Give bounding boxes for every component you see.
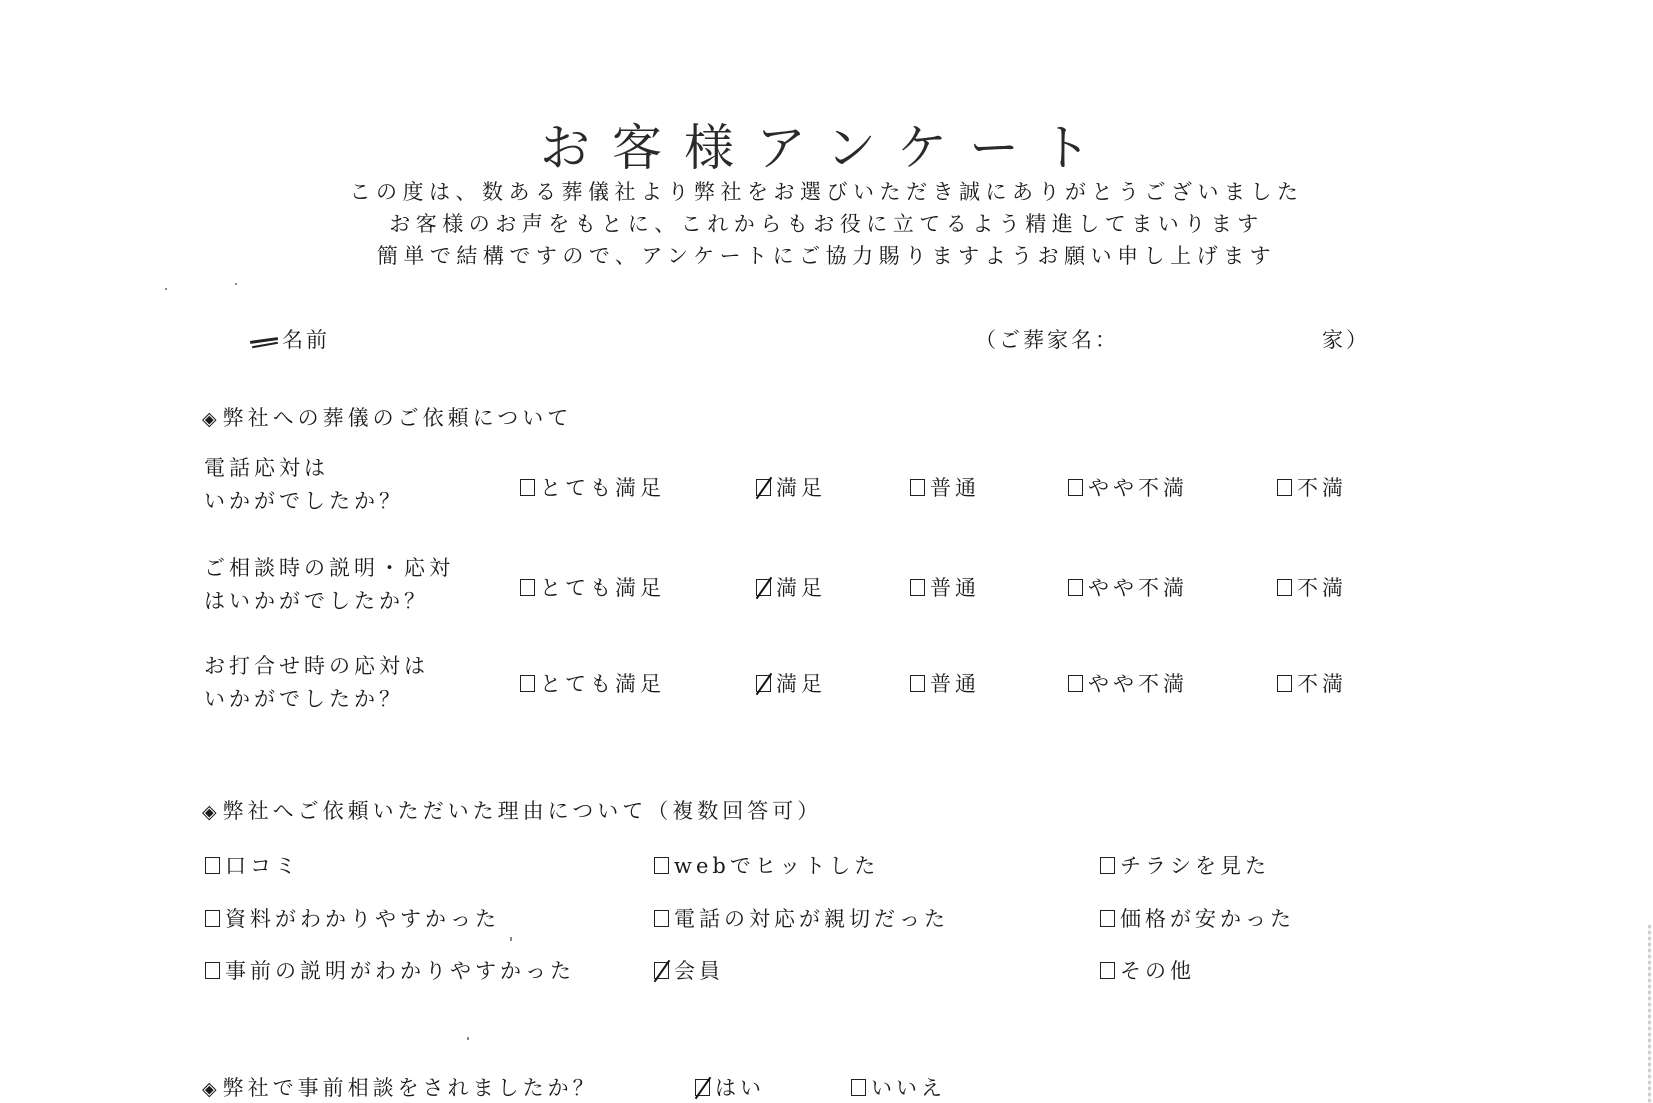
q3-option-very-satisfied[interactable]: とても満足 xyxy=(520,668,665,698)
reason-kind-phone-response[interactable]: 電話の対応が親切だった xyxy=(654,903,949,933)
family-name-label: （ご葬家名： xyxy=(975,324,1119,354)
reason-member[interactable]: 会員 xyxy=(654,955,724,985)
intro-line-1: この度は、数ある葬儀社より弊社をお選びいただき誠にありがとうございました xyxy=(0,176,1653,206)
option-label: 普通 xyxy=(930,572,980,602)
reason-clear-prior-explanation[interactable]: 事前の説明がわかりやすかった xyxy=(205,955,575,985)
checkbox-icon[interactable] xyxy=(1068,675,1083,692)
checkbox-icon[interactable] xyxy=(205,910,220,927)
q1-option-somewhat-dissatisfied[interactable]: やや不満 xyxy=(1068,472,1188,502)
section-heading-prior-consultation: ◈弊社で事前相談をされましたか？ xyxy=(202,1072,598,1102)
option-label: とても満足 xyxy=(540,572,665,602)
option-label: やや不満 xyxy=(1088,572,1188,602)
checkbox-icon[interactable] xyxy=(1100,910,1115,927)
option-label: やや不満 xyxy=(1088,668,1188,698)
q1-option-neutral[interactable]: 普通 xyxy=(910,472,980,502)
checkbox-icon[interactable] xyxy=(1277,579,1292,596)
checkbox-icon[interactable] xyxy=(205,857,220,874)
option-label: やや不満 xyxy=(1088,472,1188,502)
section-heading-text: 弊社で事前相談をされましたか？ xyxy=(223,1076,598,1100)
family-name-suffix: 家） xyxy=(1322,324,1370,354)
q3-option-neutral[interactable]: 普通 xyxy=(910,668,980,698)
prior-consultation-yes[interactable]: はい xyxy=(695,1072,765,1102)
q2-option-dissatisfied[interactable]: 不満 xyxy=(1277,572,1347,602)
checkbox-icon[interactable] xyxy=(851,1079,866,1096)
option-label: 普通 xyxy=(930,472,980,502)
reason-other[interactable]: その他 xyxy=(1100,955,1195,985)
name-label: 名前 xyxy=(282,328,330,352)
checkbox-icon[interactable] xyxy=(1100,962,1115,979)
checked-checkbox-icon[interactable] xyxy=(756,675,771,692)
option-label: 電話の対応が親切だった xyxy=(674,903,949,933)
option-label: 価格が安かった xyxy=(1120,903,1295,933)
checkbox-icon[interactable] xyxy=(910,675,925,692)
option-label: 満足 xyxy=(776,572,826,602)
checkbox-icon[interactable] xyxy=(910,479,925,496)
reason-word-of-mouth[interactable]: 口コミ xyxy=(205,850,300,880)
section-heading-text: 弊社への葬儀のご依頼について xyxy=(223,406,573,430)
option-label: 満足 xyxy=(776,472,826,502)
option-label: 不満 xyxy=(1297,668,1347,698)
family-name-input[interactable] xyxy=(1110,324,1310,352)
intro-line-3: 簡単で結構ですので、アンケートにご協力賜りますようお願い申し上げます xyxy=(0,240,1653,270)
name-field[interactable]: 名前 xyxy=(250,324,330,354)
checkbox-icon[interactable] xyxy=(654,857,669,874)
question-consultation: ご相談時の説明・応対 はいかがでしたか？ xyxy=(204,552,454,618)
checkbox-icon[interactable] xyxy=(1068,479,1083,496)
survey-title: お客様アンケート xyxy=(0,108,1653,180)
scan-speck xyxy=(510,937,512,941)
q2-option-somewhat-dissatisfied[interactable]: やや不満 xyxy=(1068,572,1188,602)
checkbox-icon[interactable] xyxy=(654,910,669,927)
scan-edge-artifact xyxy=(1648,925,1651,1103)
checkbox-icon[interactable] xyxy=(520,479,535,496)
q1-option-satisfied[interactable]: 満足 xyxy=(756,472,826,502)
checkbox-icon[interactable] xyxy=(910,579,925,596)
scan-speck xyxy=(165,288,167,290)
reason-flyer[interactable]: チラシを見た xyxy=(1100,850,1270,880)
q2-option-very-satisfied[interactable]: とても満足 xyxy=(520,572,665,602)
option-label: 会員 xyxy=(674,955,724,985)
option-label: チラシを見た xyxy=(1120,850,1270,880)
checkbox-icon[interactable] xyxy=(1100,857,1115,874)
question-line-1: 電話応対は xyxy=(204,452,404,485)
option-label: 口コミ xyxy=(225,850,300,880)
question-meeting: お打合せ時の応対は いかがでしたか？ xyxy=(204,650,429,716)
scan-speck xyxy=(235,283,237,285)
checkbox-icon[interactable] xyxy=(520,675,535,692)
diamond-bullet-icon: ◈ xyxy=(202,801,221,823)
reason-low-price[interactable]: 価格が安かった xyxy=(1100,903,1295,933)
q2-option-satisfied[interactable]: 満足 xyxy=(756,572,826,602)
question-line-1: ご相談時の説明・応対 xyxy=(204,552,454,585)
prior-consultation-no[interactable]: いいえ xyxy=(851,1072,946,1102)
q2-option-neutral[interactable]: 普通 xyxy=(910,572,980,602)
checked-checkbox-icon[interactable] xyxy=(654,962,669,979)
option-label: 普通 xyxy=(930,668,980,698)
checkbox-icon[interactable] xyxy=(1277,675,1292,692)
checkbox-icon[interactable] xyxy=(1277,479,1292,496)
question-phone-response: 電話応対は いかがでしたか？ xyxy=(204,452,404,518)
reason-web-search[interactable]: webでヒットした xyxy=(654,850,879,880)
strikethrough-mark xyxy=(250,337,280,347)
checkbox-icon[interactable] xyxy=(1068,579,1083,596)
option-label: 資料がわかりやすかった xyxy=(225,903,500,933)
section-heading-reasons: ◈弊社へご依頼いただいた理由について（複数回答可） xyxy=(202,795,822,825)
option-label: とても満足 xyxy=(540,668,665,698)
diamond-bullet-icon: ◈ xyxy=(202,408,221,430)
option-label: はい xyxy=(715,1072,765,1102)
checked-checkbox-icon[interactable] xyxy=(695,1079,710,1096)
q1-option-very-satisfied[interactable]: とても満足 xyxy=(520,472,665,502)
checkbox-icon[interactable] xyxy=(520,579,535,596)
scan-speck xyxy=(467,1037,469,1040)
question-line-1: お打合せ時の応対は xyxy=(204,650,429,683)
option-label: 不満 xyxy=(1297,572,1347,602)
diamond-bullet-icon: ◈ xyxy=(202,1078,221,1100)
section-heading-funeral-request: ◈弊社への葬儀のご依頼について xyxy=(202,402,572,432)
option-label: とても満足 xyxy=(540,472,665,502)
question-line-2: いかがでしたか？ xyxy=(204,683,429,716)
option-label: 不満 xyxy=(1297,472,1347,502)
checked-checkbox-icon[interactable] xyxy=(756,479,771,496)
q3-option-satisfied[interactable]: 満足 xyxy=(756,668,826,698)
section-heading-text: 弊社へご依頼いただいた理由について（複数回答可） xyxy=(223,799,823,823)
option-label: 満足 xyxy=(776,668,826,698)
q3-option-dissatisfied[interactable]: 不満 xyxy=(1277,668,1347,698)
checked-checkbox-icon[interactable] xyxy=(756,579,771,596)
q3-option-somewhat-dissatisfied[interactable]: やや不満 xyxy=(1068,668,1188,698)
option-label: webでヒットした xyxy=(674,850,879,880)
q1-option-dissatisfied[interactable]: 不満 xyxy=(1277,472,1347,502)
intro-line-2: お客様のお声をもとに、これからもお役に立てるよう精進してまいります xyxy=(0,208,1653,238)
option-label: その他 xyxy=(1120,955,1195,985)
reason-clear-materials[interactable]: 資料がわかりやすかった xyxy=(205,903,500,933)
question-line-2: はいかがでしたか？ xyxy=(204,585,454,618)
option-label: いいえ xyxy=(871,1072,946,1102)
option-label: 事前の説明がわかりやすかった xyxy=(225,955,575,985)
checkbox-icon[interactable] xyxy=(205,962,220,979)
question-line-2: いかがでしたか？ xyxy=(204,485,404,518)
